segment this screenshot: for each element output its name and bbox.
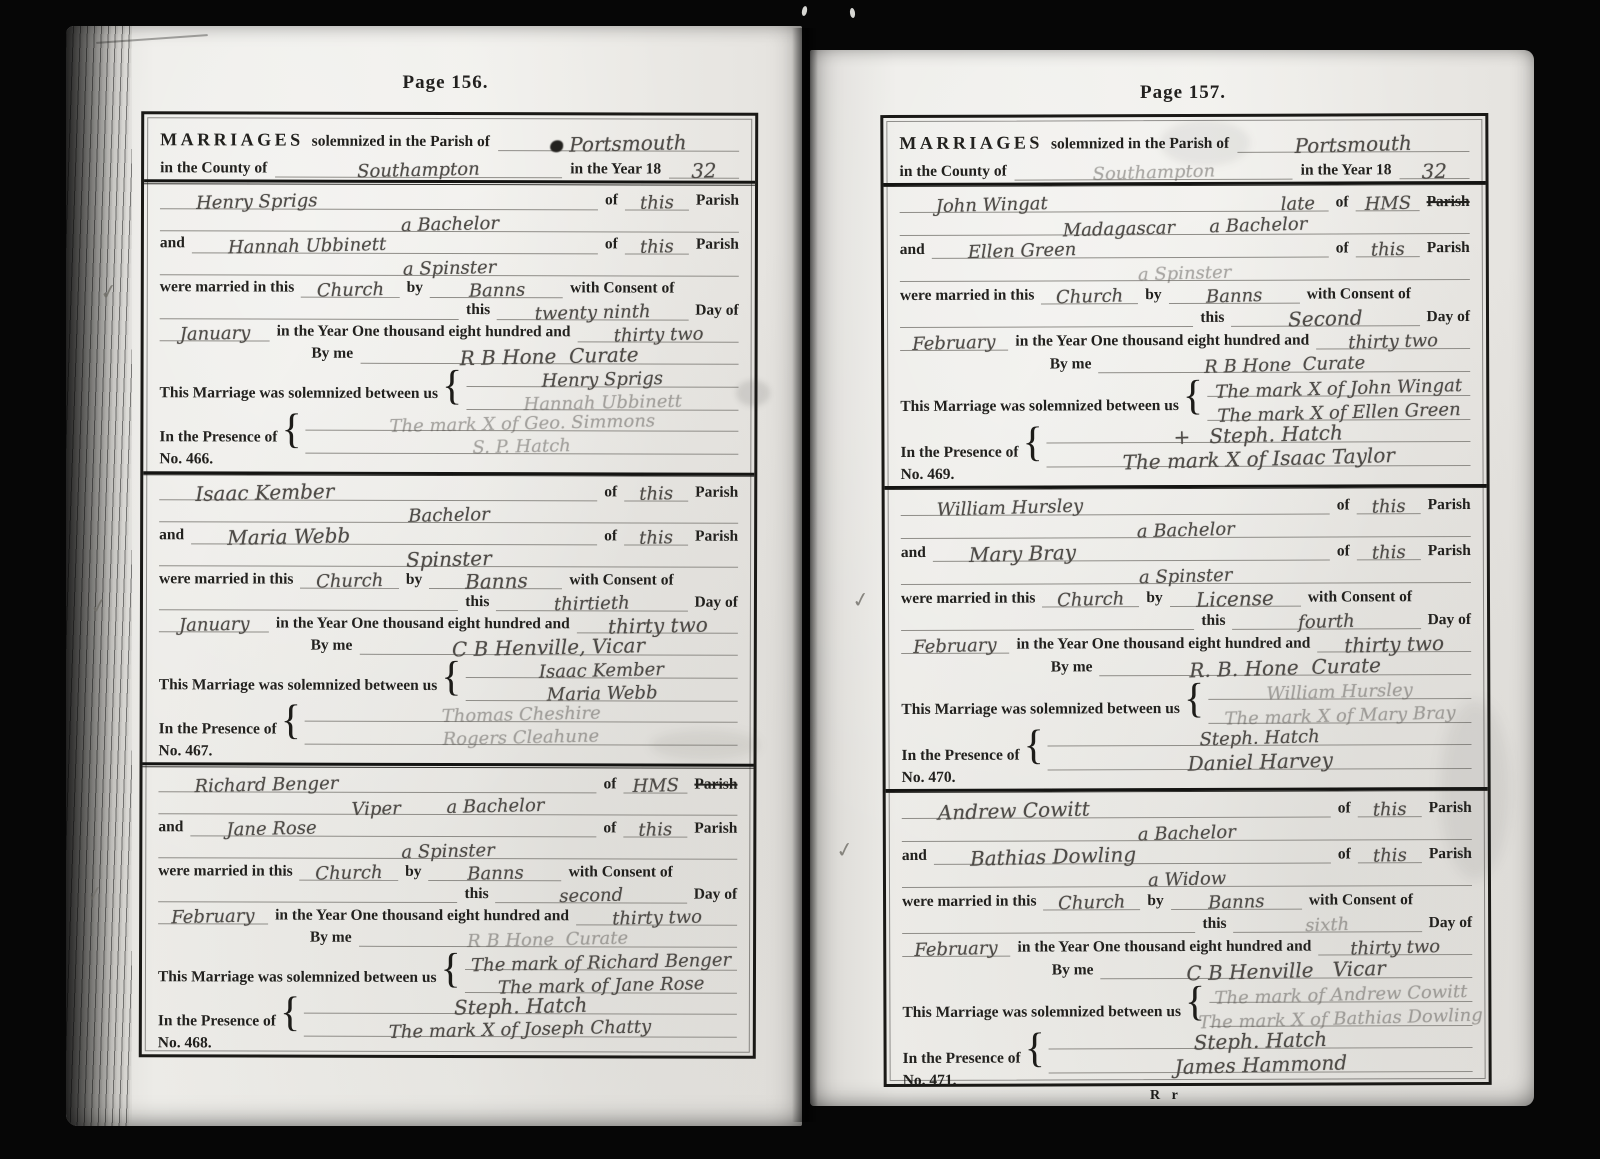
page-157-paper: Page 157. MARRIAGES solemnized in the Pa… — [810, 50, 1534, 1106]
county-handwriting: Southampton — [357, 161, 480, 182]
groom-of: this — [639, 486, 673, 505]
county-label: in the County of — [160, 160, 267, 178]
place: Church — [1058, 893, 1126, 913]
page-156-paper: Page 156. MARRIAGES solemnized in the Pa… — [66, 26, 802, 1126]
place: Church — [1057, 590, 1125, 610]
this-label: this — [465, 594, 489, 612]
by-me-label: By me — [1050, 356, 1092, 374]
brace: { — [1184, 679, 1204, 719]
bride-of: this — [1373, 847, 1407, 866]
between-us-label: This Marriage was solemnized between us — [159, 677, 438, 699]
by-label: by — [1145, 287, 1161, 305]
day: sixth — [1305, 916, 1349, 935]
year-line-label: in the Year One thousand eight hundred a… — [275, 907, 569, 925]
record-number: No. 469. — [901, 466, 955, 484]
page-stack-edges — [66, 26, 132, 1126]
day: fourth — [1298, 613, 1355, 633]
bride-of: this — [638, 821, 672, 840]
year-words-line: thirty two — [577, 611, 738, 634]
groom-write-line: Richard Benger — [158, 769, 596, 793]
groom-signature: Henry Sprigs — [542, 370, 664, 391]
bride-of: this — [639, 530, 673, 549]
day-row: this Second Day of — [900, 303, 1470, 328]
witnesses: + Steph. Hatch The mark X of Isaac Taylo… — [1047, 418, 1471, 467]
this-label: this — [1200, 309, 1224, 327]
and-label: and — [160, 235, 185, 253]
married-in-label: were married in this — [900, 287, 1035, 305]
of-label: of — [603, 776, 616, 794]
blank-line — [158, 879, 457, 903]
parish-word-struck: Parish — [1427, 194, 1470, 212]
between-us-label: This Marriage was solemnized between us — [159, 385, 438, 407]
solemnized-label: solemnized in the Parish of — [312, 133, 490, 151]
by-method: Banns — [1208, 893, 1265, 913]
marriage-record-471: Andrew Cowitt of this Parish a Bachelor … — [886, 791, 1489, 1092]
place-line: Church — [300, 858, 398, 881]
printers-signature-mark: R r — [1150, 1088, 1182, 1104]
day-of-label: Day of — [695, 303, 739, 321]
groom-signature: William Hursley — [1266, 681, 1413, 703]
bride-write-line: Hannah Ubbinett — [192, 230, 598, 254]
year-line-label: in the Year One thousand eight hundred a… — [276, 615, 570, 633]
record-number: No. 471. — [903, 1072, 957, 1090]
place-line: Church — [1042, 583, 1139, 607]
presence-label: In the Presence of — [902, 747, 1020, 769]
month-line: February — [902, 933, 1010, 957]
day: twenty ninth — [535, 303, 651, 324]
consent-label: with Consent of — [1309, 892, 1413, 910]
parish-word: Parish — [1427, 240, 1470, 258]
place-line: Church — [1043, 886, 1140, 910]
parish-handwriting: Portsmouth — [1294, 133, 1412, 156]
binding-speck — [849, 8, 855, 19]
month: January — [179, 324, 250, 344]
witnesses: Steph. Hatch Daniel Harvey — [1048, 721, 1472, 770]
and-label: and — [902, 847, 927, 865]
month-line: February — [900, 327, 1008, 351]
officiant-signature: R B Hone Curate — [460, 344, 639, 368]
of-label: of — [1338, 846, 1351, 864]
bride-condition: Spinster — [406, 548, 492, 570]
groom-write-line: William Hursley — [901, 490, 1330, 515]
by-method: License — [1196, 588, 1274, 610]
parish-word: Parish — [695, 528, 738, 546]
form-header-156: MARRIAGES solemnized in the Parish of Po… — [144, 114, 755, 181]
month: January — [178, 616, 249, 636]
month: February — [912, 334, 996, 354]
by-me-label: By me — [311, 637, 353, 655]
year-write-line: 32 — [669, 151, 739, 179]
solemnized-row: This Marriage was solemnized between us … — [159, 655, 738, 701]
officiant-signature: R. B. Hone Curate — [1189, 655, 1381, 680]
bride-row: and Maria Webb of this Parish — [159, 523, 738, 547]
officiant-signature: R B Hone Curate — [467, 930, 628, 952]
parish-word: Parish — [1429, 800, 1472, 818]
groom-pre: late — [1280, 195, 1315, 214]
solemnized-row: This Marriage was solemnized between us … — [901, 675, 1471, 723]
record-number: No. 468. — [158, 1035, 212, 1053]
groom-condition: a Bachelor — [1137, 521, 1235, 542]
record-number: No. 466. — [159, 451, 213, 469]
place-line: Church — [1041, 280, 1138, 304]
marriage-record-467: Isaac Kember of this Parish Bachelor and… — [143, 476, 755, 765]
witnesses: The mark X of Geo. Simmons S. P. Hatch — [306, 407, 739, 454]
groom-row: William Hursley of this Parish — [901, 491, 1471, 516]
signatures: The mark of Richard Benger The mark of J… — [465, 947, 737, 994]
month-line: February — [158, 901, 268, 924]
by-label: by — [1147, 893, 1163, 911]
bride-parish-line: this — [1356, 233, 1420, 257]
officiant-line: C B Henville Vicar — [1101, 954, 1473, 979]
witness-1: Steph. Hatch — [1194, 1029, 1328, 1053]
day-row: this fourth Day of — [901, 606, 1471, 631]
brace: { — [281, 701, 301, 741]
day-row: this sixth Day of — [902, 909, 1472, 934]
groom-row: Andrew Cowitt of this Parish — [902, 794, 1472, 819]
record-number-row: No. 466. — [159, 451, 738, 471]
between-us-label: This Marriage was solemnized between us — [900, 398, 1179, 420]
bride-parish-line: this — [1357, 536, 1421, 560]
parish-word: Parish — [1429, 846, 1472, 864]
presence-row: In the Presence of { Steph. Hatch The ma… — [158, 990, 737, 1036]
groom-condition: Viper a Bachelor — [351, 797, 544, 819]
groom-write-line: Isaac Kember — [159, 478, 597, 502]
parish-word: Parish — [696, 193, 739, 211]
parish-word: Parish — [1428, 543, 1471, 561]
by-label: by — [407, 280, 423, 298]
and-label: and — [159, 527, 184, 545]
bride-condition: a Widow — [1148, 870, 1227, 890]
month: February — [913, 637, 997, 657]
year-write-line: 32 — [1399, 151, 1469, 179]
witness-1: Thomas Cheshire — [442, 705, 601, 726]
signatures: Isaac Kember Maria Webb — [465, 655, 737, 702]
married-in-label: were married in this — [901, 590, 1036, 608]
register-form-156: MARRIAGES solemnized in the Parish of Po… — [139, 111, 758, 1059]
presence-row: In the Presence of { Thomas Cheshire Rog… — [159, 699, 738, 745]
signatures: The mark X of John Wingat The mark X of … — [1207, 372, 1470, 421]
parish-write-line: Portsmouth — [1237, 124, 1469, 153]
consent-label: with Consent of — [570, 280, 674, 298]
presence-label: In the Presence of — [900, 444, 1018, 466]
place: Church — [317, 281, 385, 300]
by-method: Banns — [468, 281, 525, 300]
county-write-line: Southampton — [1015, 152, 1293, 181]
consent-label: with Consent of — [1308, 589, 1412, 607]
page-number-157: Page 157. — [882, 82, 1484, 104]
bride-condition: a Spinster — [403, 259, 497, 279]
witness-2: Rogers Cleahune — [443, 728, 600, 749]
groom-row: Richard Benger of HMS Parish — [158, 770, 737, 794]
by-me-label: By me — [311, 346, 353, 364]
page-number-156: Page 156. — [140, 72, 751, 94]
groom-of: this — [1372, 498, 1406, 517]
presence-row: In the Presence of { + Steph. Hatch The … — [900, 418, 1470, 466]
bride-name: Jane Rose — [226, 820, 317, 840]
year-handwriting: 32 — [691, 160, 717, 181]
groom-parish-line: HMS — [623, 770, 687, 793]
groom-of: HMS — [1364, 195, 1411, 214]
day: second — [559, 887, 623, 906]
day-line: twenty ninth — [497, 297, 688, 321]
day-of-label: Day of — [1429, 915, 1473, 933]
bride-write-line: Maria Webb — [191, 522, 597, 546]
witnesses: Steph. Hatch The mark X of Joseph Chatty — [304, 991, 737, 1038]
groom-name: John Wingat — [935, 195, 1047, 216]
by-method: Banns — [464, 571, 527, 592]
brace: { — [1022, 422, 1042, 462]
day-of-label: Day of — [694, 594, 738, 612]
marriage-record-470: William Hursley of this Parish a Bachelo… — [885, 488, 1488, 789]
parish-word: Parish — [695, 484, 738, 502]
county-handwriting: Southampton — [1092, 162, 1215, 183]
blank-line — [901, 606, 1194, 631]
bride-name: Maria Webb — [227, 526, 350, 549]
place: Church — [315, 864, 383, 883]
by-label: by — [1146, 590, 1162, 608]
between-us-label: This Marriage was solemnized between us — [902, 1004, 1181, 1026]
witnesses: Thomas Cheshire Rogers Cleahune — [305, 699, 738, 746]
groom-signature: Isaac Kember — [539, 661, 664, 682]
header-row-county: in the County of Southampton in the Year… — [899, 152, 1469, 181]
groom-of: this — [1373, 801, 1407, 820]
and-label: and — [901, 544, 926, 562]
of-label: of — [603, 820, 616, 838]
year-words: thirty two — [1348, 332, 1438, 353]
brace: { — [440, 949, 460, 989]
between-us-label: This Marriage was solemnized between us — [901, 701, 1180, 723]
header-row-parish: MARRIAGES solemnized in the Parish of Po… — [160, 123, 739, 152]
header-row-parish: MARRIAGES solemnized in the Parish of Po… — [899, 125, 1469, 154]
groom-row: Henry Sprigs of this Parish — [160, 187, 739, 211]
witness-1-line: Thomas Cheshire — [305, 699, 738, 723]
of-label: of — [605, 237, 618, 255]
marriages-title: MARRIAGES — [160, 130, 304, 150]
brace: { — [442, 366, 462, 406]
month-line: January — [159, 610, 269, 633]
officiant-signature: C B Henville, Vicar — [452, 636, 645, 660]
day-of-label: Day of — [694, 886, 738, 904]
witness-1: + Steph. Hatch — [1174, 422, 1344, 447]
year-words: thirty two — [612, 909, 702, 929]
witness-1-line: Steph. Hatch — [1049, 1024, 1473, 1049]
day: Second — [1288, 307, 1363, 329]
register-form-157: MARRIAGES solemnized in the Parish of Po… — [880, 113, 1491, 1087]
solemnized-row: This Marriage was solemnized between us … — [159, 363, 738, 409]
year-row: January in the Year One thousand eight h… — [160, 319, 739, 343]
of-label: of — [1336, 240, 1349, 258]
bride-name: Ellen Green — [968, 241, 1077, 262]
month-line: January — [160, 318, 270, 341]
bride-of: this — [640, 238, 674, 257]
record-number-row: No. 470. — [902, 767, 1472, 787]
by-label: by — [406, 572, 422, 590]
place-line: Church — [300, 566, 398, 589]
parish-handwriting: Portsmouth — [569, 132, 687, 155]
by-label: by — [405, 863, 421, 881]
groom-parish-line: this — [1357, 490, 1421, 514]
day-row: this twenty ninth Day of — [160, 297, 739, 321]
month: February — [171, 907, 255, 927]
month-line: February — [901, 630, 1009, 654]
signatures: Henry Sprigs Hannah Ubbinett — [466, 364, 738, 411]
bride-parish-line: this — [623, 814, 687, 837]
by-me-label: By me — [310, 929, 352, 947]
parish-word-struck: Parish — [694, 776, 737, 794]
groom-condition: a Bachelor — [1138, 824, 1236, 845]
year-row: February in the Year One thousand eight … — [158, 902, 737, 926]
married-in-label: were married in this — [902, 893, 1037, 911]
marriage-record-468: Richard Benger of HMS Parish Viper a Bac… — [142, 767, 754, 1056]
presence-row: In the Presence of { Steph. Hatch James … — [902, 1024, 1472, 1072]
form-header-157: MARRIAGES solemnized in the Parish of Po… — [883, 116, 1485, 183]
groom-name: William Hursley — [937, 498, 1084, 520]
place: Church — [316, 572, 384, 591]
solemnized-label: solemnized in the Parish of — [1051, 135, 1229, 153]
parish-word: Parish — [696, 237, 739, 255]
groom-write-line: John Wingatlate — [900, 187, 1329, 212]
consent-label: with Consent of — [569, 864, 673, 882]
presence-label: In the Presence of — [158, 1013, 276, 1035]
year-row: February in the Year One thousand eight … — [900, 326, 1470, 351]
witness-2: S. P. Hatch — [473, 437, 572, 457]
bride-of: this — [1372, 544, 1406, 563]
consent-label: with Consent of — [1307, 286, 1411, 304]
by-method: Banns — [467, 865, 524, 884]
day: thirtieth — [554, 595, 630, 615]
this-label: this — [464, 886, 488, 904]
presence-label: In the Presence of — [159, 429, 277, 451]
parish-word: Parish — [1428, 497, 1471, 515]
solemnized-row: This Marriage was solemnized between us … — [900, 372, 1470, 420]
marriages-title: MARRIAGES — [899, 133, 1043, 154]
by-method: Banns — [1206, 287, 1263, 307]
this-label: this — [1201, 612, 1225, 630]
presence-label: In the Presence of — [903, 1050, 1021, 1072]
groom-row: Isaac Kember of this Parish — [159, 479, 738, 503]
officiant-line: R B Hone Curate — [1098, 348, 1470, 373]
presence-row: In the Presence of { The mark X of Geo. … — [159, 407, 738, 453]
of-label: of — [1337, 497, 1350, 515]
solemnized-row: This Marriage was solemnized between us … — [158, 946, 737, 992]
brace: { — [441, 657, 461, 697]
witness-1-line: + Steph. Hatch — [1047, 418, 1471, 443]
place: Church — [1056, 287, 1124, 307]
of-label: of — [1336, 194, 1349, 212]
day-row: this second Day of — [158, 880, 737, 904]
groom-parish-line: this — [624, 479, 688, 502]
book-gutter-shadow — [792, 28, 818, 1122]
by-me-label: By me — [1052, 962, 1094, 980]
this-label: this — [1202, 915, 1226, 933]
groom-write-line: Andrew Cowitt — [902, 793, 1331, 818]
groom-name: Henry Sprigs — [196, 192, 318, 213]
bride-name: Bathias Dowling — [970, 844, 1137, 869]
day-line: second — [496, 880, 687, 904]
blank-line — [159, 588, 458, 612]
bride-parish-line: this — [1358, 839, 1422, 863]
groom-of: HMS — [632, 777, 679, 796]
presence-label: In the Presence of — [159, 721, 277, 743]
signatures: William Hursley The mark X of Mary Bray — [1208, 675, 1471, 724]
brace: { — [1025, 1028, 1045, 1068]
brace: { — [280, 993, 300, 1033]
marriage-record-466: Henry Sprigs of this Parish a Bachelor a… — [143, 184, 755, 473]
groom-row: John Wingatlate of HMS Parish — [900, 188, 1470, 213]
and-label: and — [158, 819, 183, 837]
married-in-label: were married in this — [158, 863, 292, 881]
consent-label: with Consent of — [569, 572, 673, 590]
place-line: Church — [301, 274, 399, 297]
blank-line — [160, 296, 459, 320]
bride-parish-line: this — [625, 231, 689, 254]
bride-condition: a Spinster — [1138, 264, 1232, 285]
bride-name: Hannah Ubbinett — [228, 236, 387, 257]
this-label: this — [466, 302, 490, 320]
groom-name: Andrew Cowitt — [938, 798, 1090, 822]
brace: { — [1024, 725, 1044, 765]
year-row: January in the Year One thousand eight h… — [159, 611, 738, 635]
bride-condition: a Spinster — [1139, 567, 1233, 588]
officiant-signature: R B Hone Curate — [1204, 354, 1365, 376]
of-label: of — [604, 528, 617, 546]
year-words: thirty two — [1344, 633, 1444, 656]
binding-speck — [801, 6, 808, 17]
witness-2: Daniel Harvey — [1187, 750, 1333, 774]
of-label: of — [1338, 800, 1351, 818]
groom-name: Richard Benger — [194, 775, 338, 796]
bride-name: Mary Bray — [969, 542, 1077, 565]
brace: { — [1183, 376, 1203, 416]
record-number: No. 470. — [902, 769, 956, 787]
bride-parish-line: this — [624, 523, 688, 546]
groom-condition: Bachelor — [408, 506, 490, 526]
presence-row: In the Presence of { Steph. Hatch Daniel… — [901, 721, 1471, 769]
parish-write-line: Portsmouth — [498, 123, 739, 152]
year-line-label: in the Year One thousand eight hundred a… — [277, 324, 571, 342]
parish-word: Parish — [694, 820, 737, 838]
married-in-label: were married in this — [160, 279, 294, 297]
witness-2: James Hammond — [1174, 1052, 1347, 1077]
year-label: in the Year 18 — [570, 161, 661, 179]
brace: { — [281, 409, 301, 449]
county-label: in the County of — [899, 163, 1006, 181]
record-number: No. 467. — [159, 743, 213, 761]
between-us-label: This Marriage was solemnized between us — [158, 969, 437, 991]
of-label: of — [604, 484, 617, 502]
month: February — [915, 940, 999, 960]
groom-parish-line: this — [1358, 793, 1422, 817]
county-write-line: Southampton — [275, 150, 562, 179]
and-label: and — [900, 241, 925, 259]
groom-parish-line: HMS — [1355, 187, 1419, 211]
blank-line — [900, 303, 1193, 328]
blank-line — [902, 909, 1195, 934]
groom-name: Isaac Kember — [195, 481, 334, 504]
of-label: of — [1337, 543, 1350, 561]
year-row: February in the Year One thousand eight … — [902, 932, 1472, 957]
witness-1: Steph. Hatch — [454, 995, 588, 1018]
year-handwriting: 32 — [1422, 161, 1448, 182]
bride-write-line: Bathias Dowling — [934, 839, 1331, 864]
of-label: of — [605, 193, 618, 211]
bride-of: this — [1371, 241, 1405, 260]
by-me-label: By me — [1051, 659, 1093, 677]
groom-of: this — [640, 194, 674, 213]
bride-signature-line: The mark X of Mary Bray — [1208, 699, 1471, 724]
groom-write-line: Henry Sprigs — [160, 186, 598, 210]
married-in-label: were married in this — [159, 571, 293, 589]
